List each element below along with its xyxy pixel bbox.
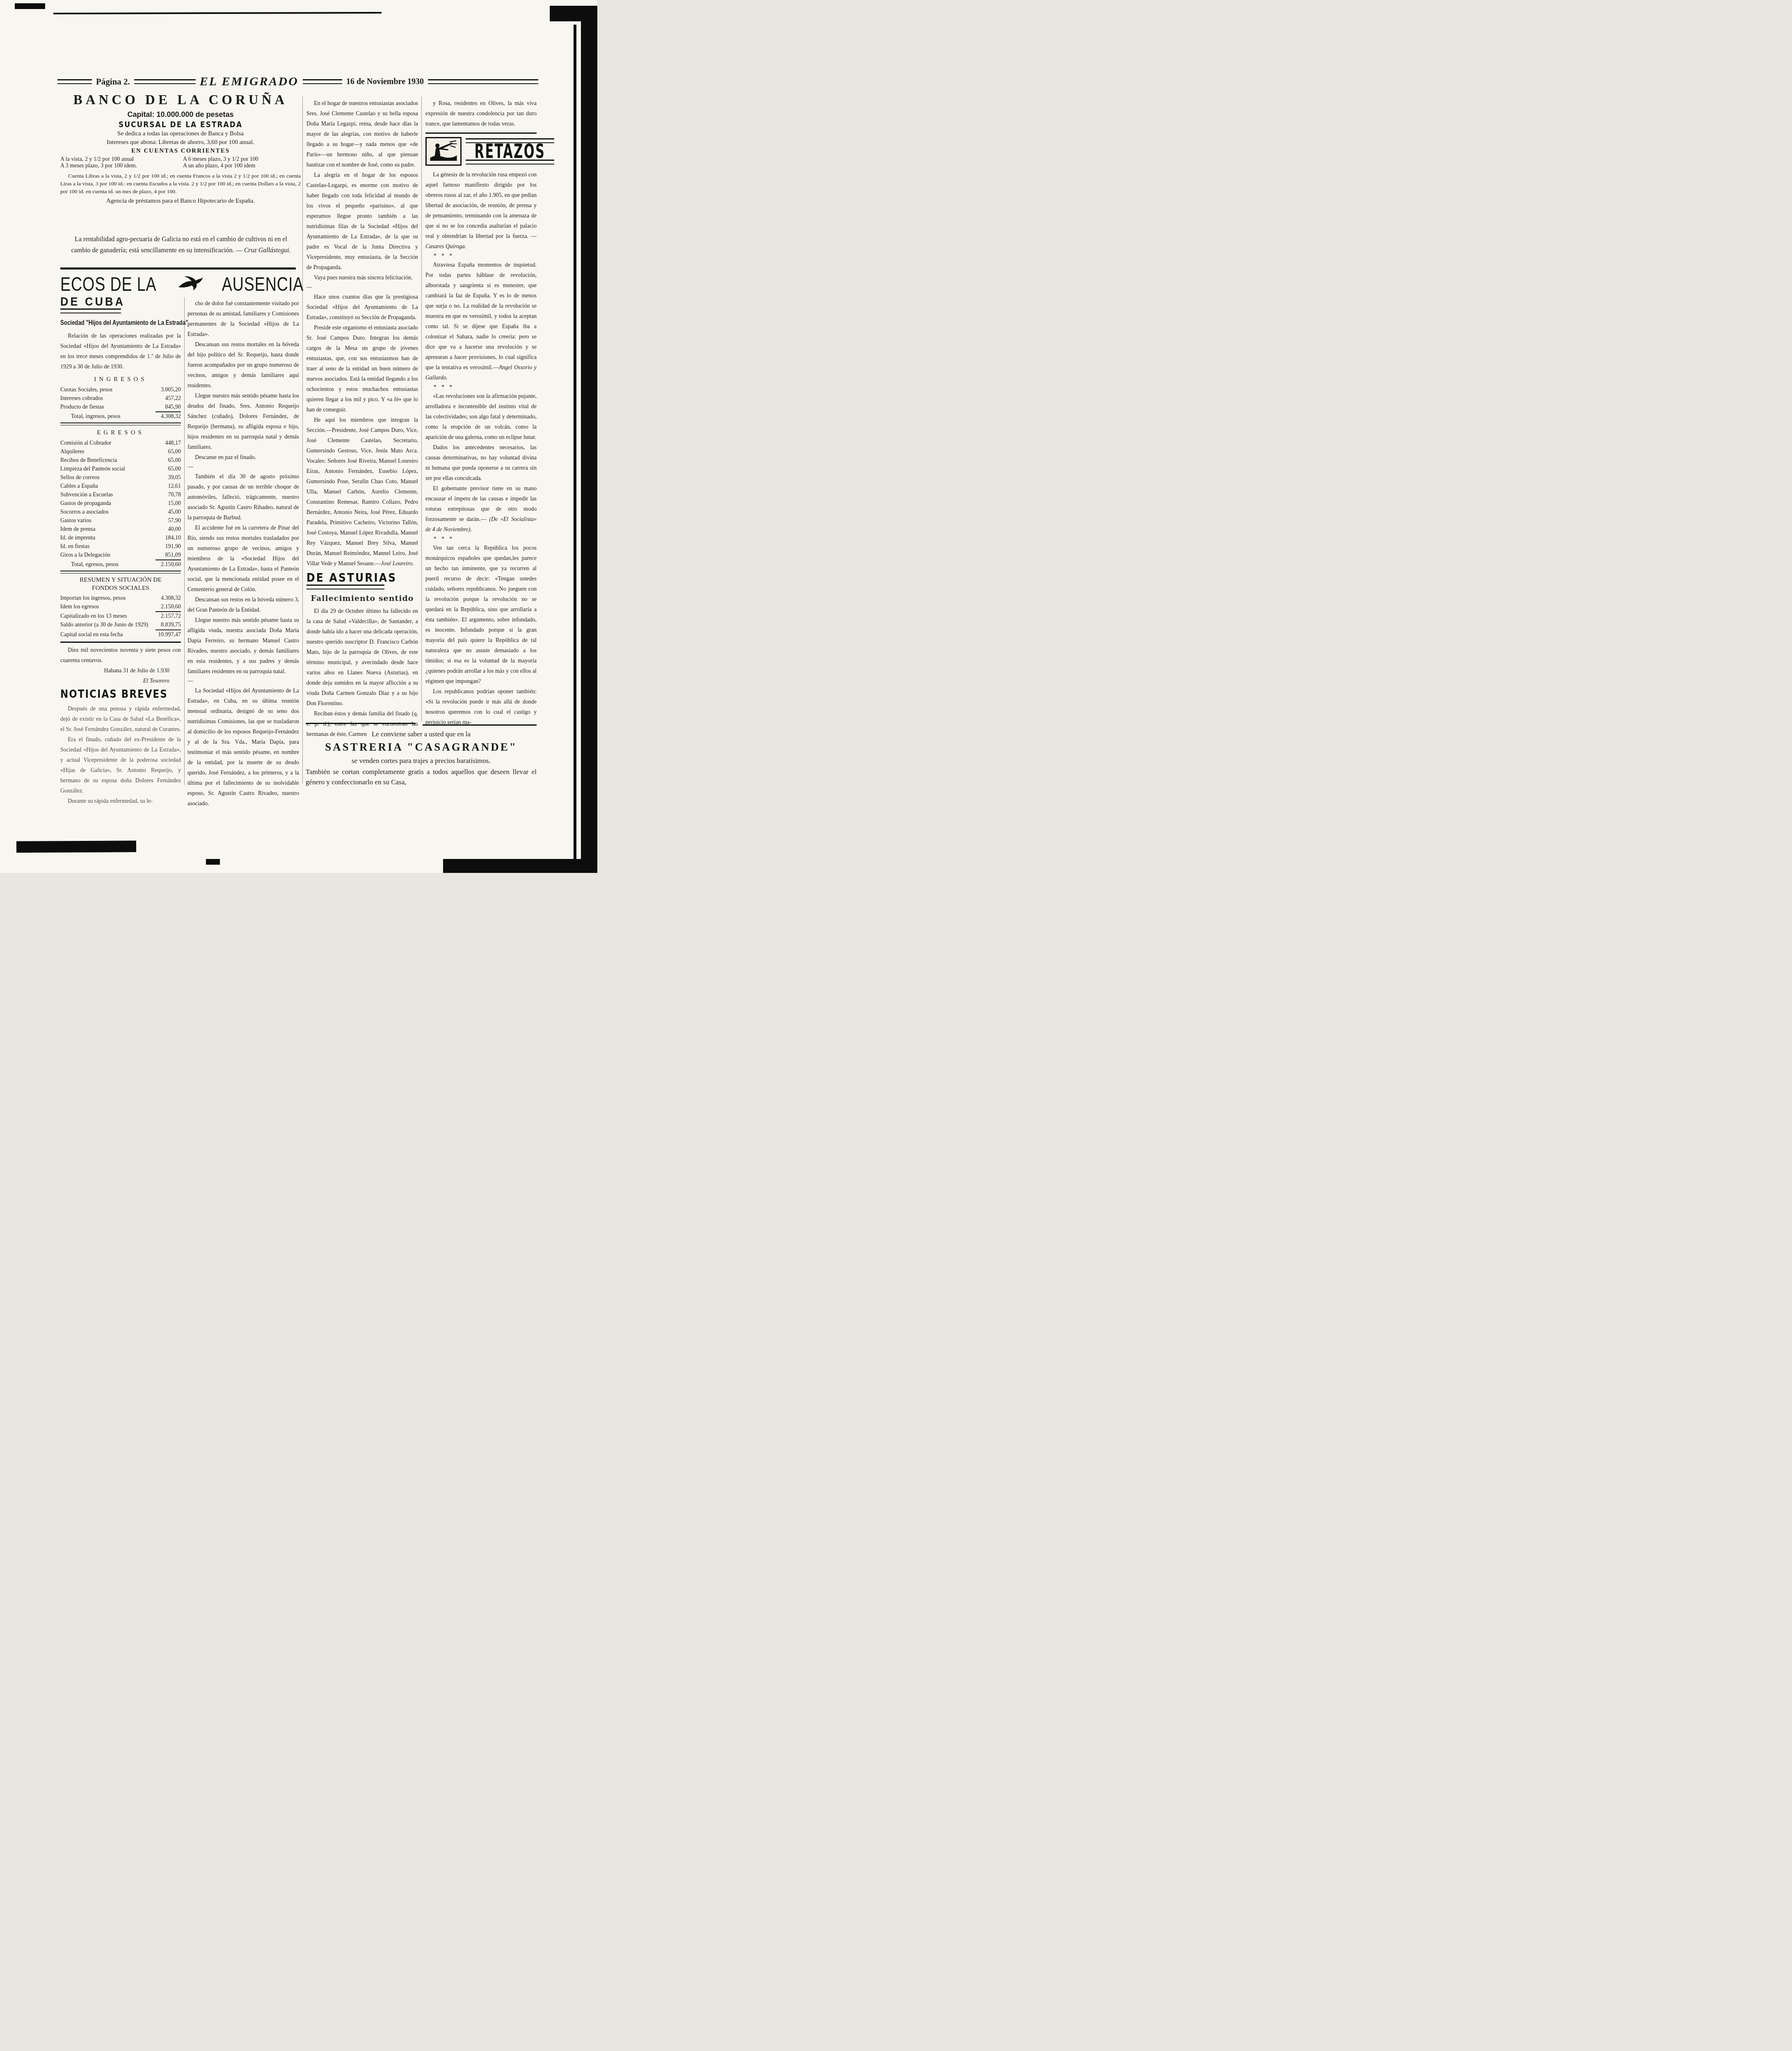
society-subheading: Sociedad "Hijos del Ayuntamiento de La E… <box>60 316 178 329</box>
table-row: Capitalizado en los 13 meses2.157,72 <box>60 611 181 621</box>
header-rule <box>57 79 92 84</box>
table-row: Saldo anterior (a 30 de Junio de 1929)8.… <box>60 621 181 629</box>
bank-rates-right: A 6 meses plazo, 3 y 1/2 por 100 A un añ… <box>183 156 301 169</box>
row-label: Comisión al Cobrador <box>60 439 155 448</box>
row-label: Socorros a asociados <box>60 508 155 516</box>
column-rule-3 <box>421 96 422 722</box>
scan-artifact-bottomleft <box>16 840 136 853</box>
table-row: Sellos de correos39,05 <box>60 473 181 482</box>
paragraph: El accidente fué en la carretera de Pina… <box>187 523 299 595</box>
bank-rate: A la vista, 2 y 1/2 por 100 anual <box>60 156 178 163</box>
row-value: 457,22 <box>155 394 181 403</box>
retazos-header: RETAZOS <box>425 137 537 166</box>
quote-snippet: La génesis de la revolución rusa empezó … <box>425 172 537 240</box>
row-value: 45,00 <box>155 508 181 516</box>
paragraph: Durante su rápida enfermedad, su le- <box>60 796 181 806</box>
bank-ad-paragraph: Cuenta Libras a la vista, 2 y 1/2 por 10… <box>60 172 301 195</box>
table-row: Gastos varios57,90 <box>60 516 181 525</box>
paragraph: Preside este organismo el entusiasta aso… <box>306 323 418 415</box>
bank-ad-line: Se dedica a todas las operaciones de Ban… <box>60 130 301 137</box>
scan-artifact-topleft <box>15 3 45 9</box>
table-row: Id. de imprenta184,10 <box>60 534 181 542</box>
paragraph: Vaya pues nuestra más sincera felicitaci… <box>306 273 418 283</box>
column-retazos: y Rosa, residentes en Olives, la más viv… <box>425 98 537 728</box>
row-value: 12,61 <box>155 482 181 491</box>
ad-top-rule-left <box>306 723 416 724</box>
row-label: Gastos de propaganda <box>60 499 155 508</box>
bird-icon <box>178 274 204 294</box>
paragraph: Relación de las operaciones realizadas p… <box>60 331 181 372</box>
row-value: 40,00 <box>155 525 181 534</box>
sastreria-ad: Le conviene saber a usted que en la SAST… <box>306 727 537 787</box>
ad-line: Le conviene saber a usted que en la <box>306 730 537 738</box>
dash-separator: — <box>306 283 418 292</box>
column-rule-1 <box>184 297 185 785</box>
ad-title: SASTRERIA "CASAGRANDE" <box>306 741 537 754</box>
bank-rate: A un año plazo, 4 por 100 idem <box>183 163 301 169</box>
resumen-title: RESUMEN Y SITUACIÓN DE FONDOS SOCIALES <box>60 576 181 592</box>
dash-separator: — <box>187 677 299 686</box>
paragraph: También el día 30 de agosto próximo pasa… <box>187 472 299 523</box>
quote-snippet: Atraviesa España momentos de inquietud. … <box>425 262 537 371</box>
row-label: Id. de imprenta <box>60 534 155 542</box>
paragraph: Llegue nuestro más sentido pésame hasta … <box>187 391 299 452</box>
bank-ad-agency: Agencia de préstamos para el Banco Hipot… <box>60 198 301 205</box>
heading-underline <box>306 585 384 589</box>
row-label: Cuotas Sociales, pesos <box>60 386 155 394</box>
table-row: Idem los egresos2.150,60 <box>60 603 181 611</box>
paragraph: Después de una penosa y rápida enfermeda… <box>60 704 181 735</box>
row-label: Giros a la Delegación <box>60 551 155 560</box>
scan-artifact-bottomcenter <box>206 859 220 865</box>
de-cuba-heading: DE CUBA <box>60 296 181 308</box>
fallecimiento-subheading: Fallecimiento sentido <box>306 594 418 604</box>
row-value: 70,78 <box>155 491 181 499</box>
noticias-breves-heading: NOTICIAS BREVES <box>60 689 181 701</box>
table-row: Recibos de Beneficencia65,00 <box>60 456 181 465</box>
amount-in-words: Diez mil novecientos noventa y siete pes… <box>60 645 181 666</box>
scan-artifact-rightline <box>574 25 576 873</box>
header-rule <box>428 79 538 84</box>
asterism-separator: * * * <box>425 252 537 260</box>
row-value: 65,00 <box>155 465 181 473</box>
dash-separator: — <box>187 463 299 472</box>
row-value: 8.839,75 <box>155 621 181 629</box>
table-row: Intereses cobrados457,22 <box>60 394 181 403</box>
row-value: 184,10 <box>155 534 181 542</box>
table-rule <box>60 642 181 643</box>
quote-author: Cruz Gallástegui. <box>244 247 291 254</box>
row-label: Gastos varios <box>60 516 155 525</box>
paragraph: Era el finado, cuñado del ex-Presidente … <box>60 735 181 796</box>
resumen-title-line: FONDOS SOCIALES <box>60 584 181 592</box>
paragraph: El gobernante previsor tiene en su mano … <box>425 484 537 535</box>
newspaper-scan-page: Página 2. EL EMIGRADO 16 de Noviembre 19… <box>0 0 597 873</box>
row-value: 65,00 <box>155 456 181 465</box>
table-row: Cuotas Sociales, pesos3.005,20 <box>60 386 181 394</box>
banner-text-right: AUSENCIA <box>222 272 304 296</box>
paragraph: He aquí los miembros que integran la Sec… <box>306 415 418 569</box>
bank-rates-left: A la vista, 2 y 1/2 por 100 anual A 3 me… <box>60 156 178 169</box>
row-value: 2.157,72 <box>155 611 181 621</box>
table-row: Idem de prensa40,00 <box>60 525 181 534</box>
page-header: Página 2. EL EMIGRADO 16 de Noviembre 19… <box>57 75 538 89</box>
paragraph: La Sociedad «Hijos del Ayuntamiento de L… <box>187 686 299 809</box>
table-row: Capital social en esta fecha10.997,47 <box>60 629 181 639</box>
row-value: 4.308,32 <box>155 594 181 603</box>
reaper-woodcut-illustration <box>425 137 462 166</box>
scan-artifact-rightedge <box>581 18 597 873</box>
bank-ad-accounts-title: EN CUENTAS CORRIENTES <box>60 148 301 155</box>
paragraph: Los republicanos podrían oponer también:… <box>425 687 537 728</box>
paragraph: Descanse en paz el finado. <box>187 452 299 463</box>
column-obituaries: cho de dolor fué constantemente visitado… <box>187 299 299 809</box>
table-row: Limpieza del Panteón social65,00 <box>60 465 181 473</box>
asterism-separator: * * * <box>425 535 537 543</box>
snippet-author: Casares Quiroga. <box>425 244 466 250</box>
retazos-title: RETAZOS <box>475 141 546 162</box>
section-divider-rule <box>60 267 296 270</box>
paragraph: Descansan sus restos mortales en la bóve… <box>187 340 299 391</box>
column-de-cuba: DE CUBA Sociedad "Hijos del Ayuntamiento… <box>60 297 181 806</box>
bank-ad: BANCO DE LA CORUÑA Capital: 10.000.000 d… <box>60 93 301 205</box>
row-label: Producto de fiestas <box>60 403 155 411</box>
row-label: Idem los egresos <box>60 603 155 611</box>
row-label: Saldo anterior (a 30 de Junio de 1929) <box>60 621 155 629</box>
masthead-title: EL EMIGRADO <box>200 75 299 89</box>
asterism-separator: * * * <box>425 383 537 391</box>
page-number: Página 2. <box>96 77 130 87</box>
scan-artifact-topline <box>53 12 382 14</box>
table-row: Giros a la Delegación851,09 <box>60 551 181 560</box>
retazos-title-block: RETAZOS <box>466 137 554 166</box>
signature: El Tesorero <box>60 676 181 686</box>
row-value: 448,17 <box>155 439 181 448</box>
bank-ad-capital: Capital: 10.000.000 de pesetas <box>60 110 301 119</box>
paragraph: Ven tan cerca la República los pocos mon… <box>425 543 537 687</box>
ad-top-rule-right <box>423 724 537 726</box>
dateline: Habana 31 de Julio de 1.930 <box>60 666 181 676</box>
table-total-row: Total, ingresos, pesos4.308,32 <box>60 411 181 421</box>
table-row: Gastos de propaganda15,00 <box>60 499 181 508</box>
row-label: Capitalizado en los 13 meses <box>60 612 155 621</box>
row-label: Id. en fiestas <box>60 542 155 551</box>
paragraph: «Las revoluciones son la afirmación puja… <box>425 391 537 443</box>
row-label: Cables a España <box>60 482 155 491</box>
table-row: Socorros a asociados45,00 <box>60 508 181 516</box>
row-label: Recibos de Beneficencia <box>60 456 155 465</box>
table-rule <box>60 423 181 425</box>
paragraph: Dados los antecedentes necesarios, las c… <box>425 443 537 484</box>
row-label: Total, egresos, pesos <box>60 560 155 569</box>
table-total-row: Total, egresos, pesos2.150,60 <box>60 560 181 569</box>
row-label: Subvención a Escuelas <box>60 491 155 499</box>
paragraph: La alegría en el hogar de los esposos Ca… <box>306 170 418 273</box>
paragraph: El día 29 de Octubre último ha fallecido… <box>306 606 418 709</box>
row-label: Sellos de correos <box>60 473 155 482</box>
column-rule-2 <box>302 96 303 784</box>
paragraph: La génesis de la revolución rusa empezó … <box>425 170 537 252</box>
paragraph: Atraviesa España momentos de inquietud. … <box>425 260 537 383</box>
table-row: Id. en fiestas191,90 <box>60 542 181 551</box>
row-label: Intereses cobrados <box>60 394 155 403</box>
row-value: 65,00 <box>155 448 181 456</box>
bank-ad-rates: A la vista, 2 y 1/2 por 100 anual A 3 me… <box>60 156 301 169</box>
row-value: 57,90 <box>155 516 181 525</box>
scan-artifact-bottomright <box>443 859 597 873</box>
table-row: Comisión al Cobrador448,17 <box>60 439 181 448</box>
row-value: 39,05 <box>155 473 181 482</box>
paragraph: Llegue nuestro más sentido pésame hasta … <box>187 615 299 677</box>
bank-ad-line: Intereses que abona: Libretas de ahorro,… <box>60 139 301 146</box>
table-row: Alquileres65,00 <box>60 448 181 456</box>
paragraph: cho de dolor fué constantemente visitado… <box>187 299 299 340</box>
editorial-quote: La rentabilidad agro-pecuaria de Galicia… <box>67 234 295 256</box>
header-rule <box>134 79 196 84</box>
row-value: 851,09 <box>155 551 181 560</box>
paragraph: En el hogar de nuestros entusiastas asoc… <box>306 98 418 170</box>
row-label: Total, ingresos, pesos <box>60 412 155 421</box>
paragraph: Hace unos cuantos días que la prestigios… <box>306 292 418 323</box>
ingresos-title: INGRESOS <box>60 375 181 385</box>
paragraph: y Rosa, residentes en Olives, la más viv… <box>425 98 537 129</box>
row-value: 191,90 <box>155 542 181 551</box>
column-divider-rule <box>425 132 537 134</box>
row-label: Capital social en esta fecha <box>60 630 155 639</box>
bank-rate: A 3 meses plazo, 3 por 100 idem. <box>60 163 178 169</box>
table-row: Importan los ingresos, pesos4.308,32 <box>60 594 181 603</box>
egresos-title: EGRESOS <box>60 428 181 438</box>
ad-line: También se cortan completamente gratis a… <box>306 767 537 787</box>
row-label: Idem de prensa <box>60 525 155 534</box>
members-list: He aquí los miembros que integran la Sec… <box>306 417 418 567</box>
row-label: Alquileres <box>60 448 155 456</box>
paragraph: Descansan sus restos en la bóveda número… <box>187 595 299 615</box>
bank-rate: A 6 meses plazo, 3 y 1/2 por 100 <box>183 156 301 163</box>
issue-date: 16 de Noviembre 1930 <box>346 77 424 87</box>
resumen-title-line: RESUMEN Y SITUACIÓN DE <box>60 576 181 584</box>
members-author: José Loureiro. <box>381 561 414 567</box>
table-rule <box>60 571 181 573</box>
ad-line: se venden cortes para trajes a precios b… <box>306 757 537 765</box>
table-row: Producto de fiestas845,90 <box>60 403 181 411</box>
header-rule <box>303 79 342 84</box>
row-label: Importan los ingresos, pesos <box>60 594 155 603</box>
row-value: 2.150,60 <box>155 603 181 611</box>
banner-text-left: ECOS DE LA <box>60 272 157 296</box>
column-society-news: En el hogar de nuestros entusiastas asoc… <box>306 98 418 740</box>
row-value: 15,00 <box>155 499 181 508</box>
de-asturias-heading: DE ASTURIAS <box>306 572 418 584</box>
row-value: 3.005,20 <box>155 386 181 394</box>
heading-underline <box>60 308 121 313</box>
row-label: Limpieza del Panteón social <box>60 465 155 473</box>
table-row: Cables a España12,61 <box>60 482 181 491</box>
row-value: 10.997,47 <box>155 629 181 639</box>
row-value: 2.150,60 <box>155 560 181 569</box>
section-banner: ECOS DE LA AUSENCIA <box>60 272 297 295</box>
row-value: 4.308,32 <box>155 411 181 421</box>
table-row: Subvención a Escuelas70,78 <box>60 491 181 499</box>
bank-ad-branch: SUCURSAL DE LA ESTRADA <box>60 120 301 129</box>
row-value: 845,90 <box>155 403 181 411</box>
bank-ad-title: BANCO DE LA CORUÑA <box>60 92 301 108</box>
